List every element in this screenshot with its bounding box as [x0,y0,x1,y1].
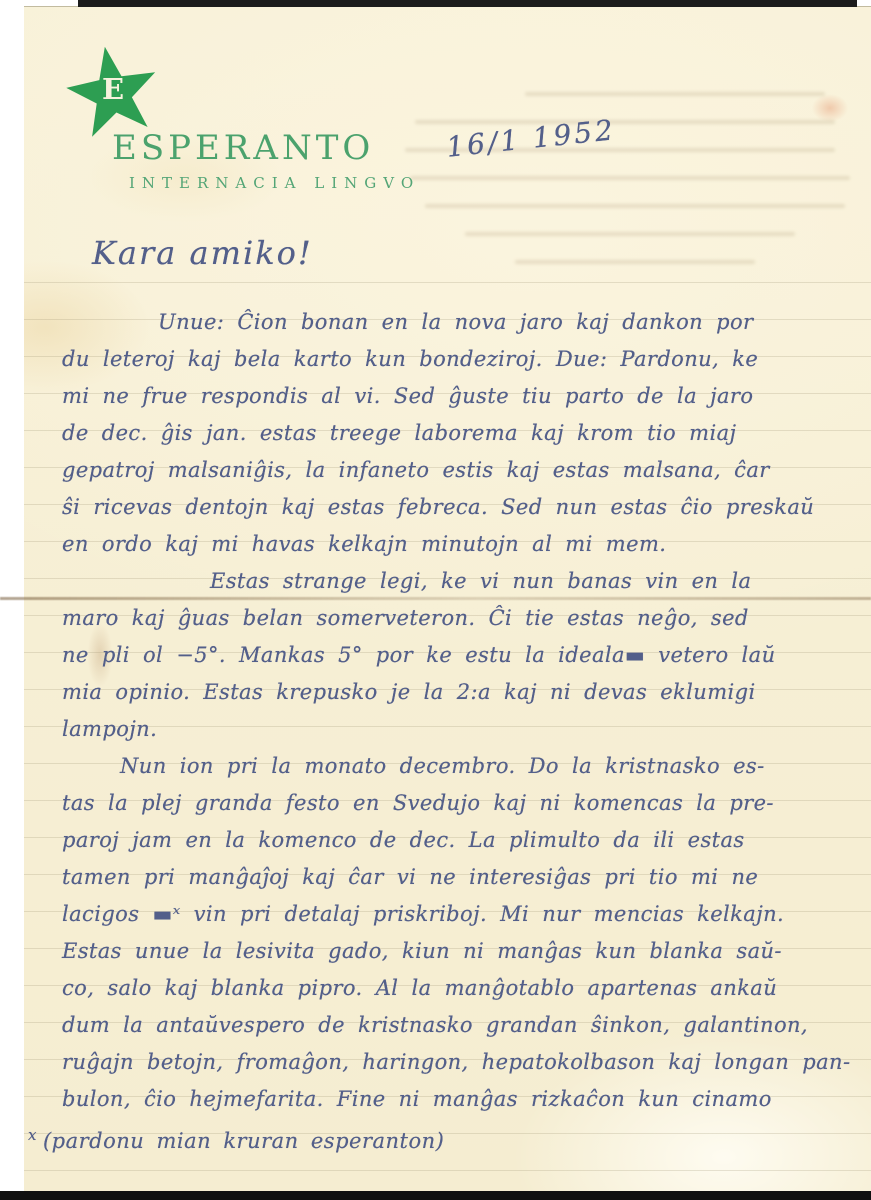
footnote-marker: x [28,1126,37,1144]
letter-line: mia opinio. Estas krepusko je la 2:a kaj… [62,674,862,711]
letter-line: lampojn. [62,711,862,748]
letter-line: Unue: Ĉion bonan en la nova jaro kaj dan… [62,304,862,341]
letter-line: tas la plej granda festo en Svedujo kaj … [62,785,862,822]
letter-footnote: x(pardonu mian kruran esperanton) [28,1126,444,1153]
letter-body: Unue: Ĉion bonan en la nova jaro kaj dan… [62,304,862,1118]
esperanto-star-letter: E [98,72,128,106]
letter-line: de dec. ĝis jan. estas treege laborema k… [62,415,862,452]
letter-line: lacigos ▬ˣ vin pri detalaj priskriboj. M… [62,896,862,933]
footnote-text: (pardonu mian kruran esperanton) [43,1129,444,1153]
letter-line: en ordo kaj mi havas kelkajn minutojn al… [62,526,862,563]
letter-salutation: Kara amiko! [92,234,313,272]
scanned-letter-page: E ESPERANTO INTERNACIA LINGVO 16/1 1952 … [0,0,871,1200]
letter-line: ne pli ol −5°. Mankas 5° por ke estu la … [62,637,862,674]
letterhead-subtitle: INTERNACIA LINGVO [129,174,420,192]
letter-line: Estas unue la lesivita gado, kiun ni man… [62,933,862,970]
letter-line: ruĝajn betojn, fromaĝon, haringon, hepat… [62,1044,862,1081]
bleed-through-marks [405,92,860,322]
letter-line: ŝi ricevas dentojn kaj estas febreca. Se… [62,489,862,526]
letter-line: Estas strange legi, ke vi nun banas vin … [62,563,862,600]
letterhead-title: ESPERANTO [112,128,374,168]
letter-line: gepatroj malsaniĝis, la infaneto estis k… [62,452,862,489]
letter-line: co, salo kaj blanka pipro. Al la manĝota… [62,970,862,1007]
scan-edge-bottom [0,1191,871,1200]
letter-line: tamen pri manĝaĵoj kaj ĉar vi ne interes… [62,859,862,896]
letter-line: maro kaj ĝuas belan somerveteron. Ĉi tie… [62,600,862,637]
letter-line: bulon, ĉio hejmefarita. Fine ni manĝas r… [62,1081,862,1118]
scan-edge-top [78,0,857,7]
letter-line: paroj jam en la komenco de dec. La plimu… [62,822,862,859]
letter-line: du leteroj kaj bela karto kun bondeziroj… [62,341,862,378]
letter-line: mi ne frue respondis al vi. Sed ĝuste ti… [62,378,862,415]
letter-line: dum la antaŭvespero de kristnasko granda… [62,1007,862,1044]
letter-line: Nun ion pri la monato decembro. Do la kr… [62,748,862,785]
